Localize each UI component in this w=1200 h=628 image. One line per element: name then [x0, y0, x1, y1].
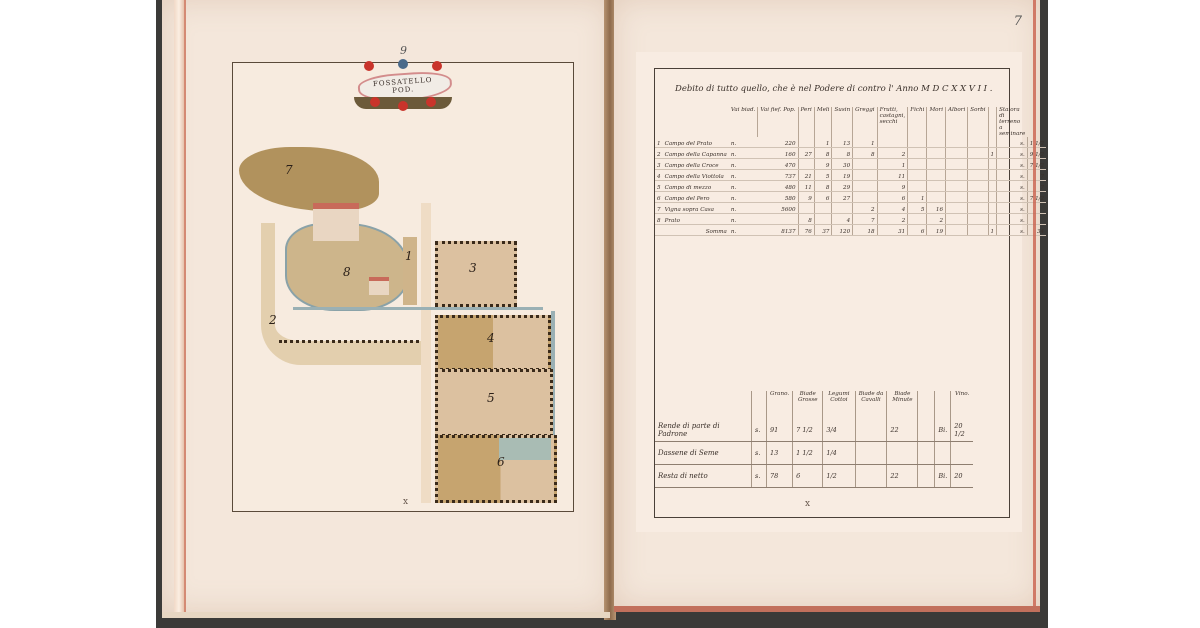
summary-blank: [918, 419, 935, 442]
ledger-cell: 9: [814, 159, 832, 170]
ledger-cell: s.: [997, 170, 1028, 181]
ledger-cell: s.: [997, 148, 1028, 159]
summary-minute: 22: [887, 419, 918, 442]
ledger-cell: 1: [877, 159, 908, 170]
ledger-cell: s.: [997, 137, 1028, 148]
ledger-cell: [832, 203, 853, 214]
field-name: Campo del Pero: [663, 192, 729, 203]
ledger-cell: 8: [814, 148, 832, 159]
ledger-cell: 8: [832, 148, 853, 159]
field-label: 1: [405, 249, 413, 263]
map-title-cartouche: FOSSATELLO POD.: [348, 59, 458, 129]
ledger-cell: 5: [908, 203, 927, 214]
ledger-cell: [1027, 214, 1046, 225]
ledger-cell: 27: [798, 148, 814, 159]
ledger-cell: [853, 192, 877, 203]
summary-row: Resta di nettos.7861/222Bi.20: [655, 465, 973, 488]
summary-grano: 91: [767, 419, 793, 442]
ledger-cell: 120: [832, 225, 853, 236]
field-label: 6: [497, 455, 505, 469]
summary-label: Resta di netto: [655, 465, 752, 488]
field-label: 7: [285, 163, 293, 177]
ledger-cell: [988, 203, 997, 214]
ledger-cell: 1: [814, 137, 832, 148]
col-header: Vai fief. Pop.: [758, 107, 798, 137]
ledger-frame: Debito di tutto quello, che è nel Podere…: [654, 68, 1010, 518]
unit: n.: [729, 225, 758, 236]
summary-row: Rende di parte di Padrones.917 1/23/422B…: [655, 419, 973, 442]
ledger-cell: 160: [758, 148, 798, 159]
ledger-cell: 1 1/2: [1027, 137, 1046, 148]
col-header: Frutti, castagni, secchi: [877, 107, 908, 137]
summary-header: Vino.: [951, 391, 973, 419]
unit: n.: [729, 214, 758, 225]
field-label: 4: [487, 331, 495, 345]
ledger-cell: 5: [814, 170, 832, 181]
summary-header: Biade Grosse: [793, 391, 823, 419]
ledger-row: 7Vigna sopra Casan.560024516s.: [655, 203, 1046, 214]
ledger-cell: 19: [832, 170, 853, 181]
ledger-cell: [968, 214, 988, 225]
ledger-cell: [988, 170, 997, 181]
ledger-cell: [946, 137, 968, 148]
ledger-cell: [908, 181, 927, 192]
ledger-cell: [946, 159, 968, 170]
ledger-cell: [798, 203, 814, 214]
ledger-cell: 6: [908, 225, 927, 236]
summary-grosse: 7 1/2: [793, 419, 823, 442]
ledger-cell: 1: [853, 137, 877, 148]
row-index: 6: [655, 192, 663, 203]
ledger-cell: [946, 225, 968, 236]
ledger-cell: [927, 137, 946, 148]
ledger-cell: 19: [927, 225, 946, 236]
summary-header: Biade Minute: [887, 391, 918, 419]
summary-grosse: 6: [793, 465, 823, 488]
unit: n.: [729, 170, 758, 181]
ledger-cell: 7 1/2: [1027, 192, 1046, 203]
ledger-cell: 480: [758, 181, 798, 192]
col-header: Sorbi: [968, 107, 988, 137]
right-page-edge: [614, 606, 1040, 612]
stream-horizontal: [293, 307, 543, 310]
row-index: 8: [655, 214, 663, 225]
ledger-cell: 21: [798, 170, 814, 181]
unit: n.: [729, 137, 758, 148]
unit: n.: [729, 192, 758, 203]
col-header: Staiora di terreno a seminare: [997, 107, 1028, 137]
row-index: 1: [655, 137, 663, 148]
ledger-cell: 13: [832, 137, 853, 148]
ledger-cell: 220: [758, 137, 798, 148]
ledger-cell: s.: [997, 159, 1028, 170]
ledger-cell: 2: [927, 214, 946, 225]
summary-label: Rende di parte di Padrone: [655, 419, 752, 442]
ledger-cell: [968, 203, 988, 214]
field-label: 2: [269, 313, 277, 327]
ledger-cell: [988, 181, 997, 192]
summary-vino_unit: [935, 442, 951, 465]
ledger-row: 3Campo della Crocen.4709301s.7 1/2: [655, 159, 1046, 170]
ledger-cell: 580: [758, 192, 798, 203]
ledger-cell: [814, 214, 832, 225]
ledger-cell: 7: [1027, 181, 1046, 192]
ledger-cell: [908, 148, 927, 159]
ledger-cell: [968, 170, 988, 181]
summary-vino: 20: [951, 465, 973, 488]
ledger-cell: 11: [877, 170, 908, 181]
hedge-row: [279, 337, 419, 343]
ledger-cell: 1: [908, 192, 927, 203]
ledger-cell: [798, 137, 814, 148]
ledger-cell: 1: [988, 225, 997, 236]
ledger-cell: [968, 181, 988, 192]
unit: n.: [729, 181, 758, 192]
ledger-cell: 2: [877, 214, 908, 225]
hill-vineyard: [239, 147, 379, 211]
ledger-cell: [988, 159, 997, 170]
summary-blank: [918, 442, 935, 465]
ledger-cell: [908, 214, 927, 225]
col-header: Peri: [798, 107, 814, 137]
row-index: 7: [655, 203, 663, 214]
ledger-cell: 37: [814, 225, 832, 236]
ledger-cell: 9 1/2: [1027, 148, 1046, 159]
ledger-cell: s.: [997, 225, 1028, 236]
ledger-cell: 27: [832, 192, 853, 203]
ledger-cell: [908, 159, 927, 170]
ledger-cell: 6: [814, 192, 832, 203]
summary-legumi: 1/2: [823, 465, 855, 488]
ledger-row: 6Campo del Peron.580962761s.7 1/2: [655, 192, 1046, 203]
ornament-ball: [364, 61, 374, 71]
ledger-cell: [968, 225, 988, 236]
ledger-cell: s.: [997, 192, 1028, 203]
summary-minute: [887, 442, 918, 465]
ledger-cell: 737: [758, 170, 798, 181]
ledger-cell: 470: [758, 159, 798, 170]
col-header: [988, 107, 997, 137]
ledger-cell: [927, 170, 946, 181]
ledger-cell: 29: [832, 181, 853, 192]
field-name: Campo di mezzo: [663, 181, 729, 192]
field-label: 5: [487, 391, 495, 405]
right-folio-number: 7: [1014, 14, 1022, 29]
ledger-cell: 2: [877, 148, 908, 159]
field-name: Campo della Viottola: [663, 170, 729, 181]
ledger-row: 5Campo di mezzon.480118299s.7: [655, 181, 1046, 192]
ledger-cell: 7 1/2: [1027, 159, 1046, 170]
ledger-cell: [798, 159, 814, 170]
ornament-ball: [398, 101, 408, 111]
field-name: Campo della Capanna: [663, 148, 729, 159]
ledger-cell: 31: [877, 225, 908, 236]
ornament-ball: [398, 59, 408, 69]
summary-minute: 22: [887, 465, 918, 488]
estate-map: FOSSATELLO POD. 7 8 2 1: [232, 62, 574, 512]
pencil-mark: x: [805, 499, 810, 509]
ledger-cell: [814, 203, 832, 214]
ledger-cell: 4: [832, 214, 853, 225]
summary-grano: 13: [767, 442, 793, 465]
summary-grano: 78: [767, 465, 793, 488]
ledger-cell: [988, 137, 997, 148]
field-name: Prato: [663, 214, 729, 225]
ledger-total-row: Somman.8137763712018316191s.34: [655, 225, 1046, 236]
ornament-ball: [370, 97, 380, 107]
ledger-cell: 9: [877, 181, 908, 192]
ledger-cell: 5600: [758, 203, 798, 214]
ledger-cell: 7: [1027, 170, 1046, 181]
road-vertical: [421, 203, 431, 503]
ledger-cell: [908, 137, 927, 148]
ledger-cell: s.: [997, 214, 1028, 225]
summary-header: Legumi Cottoi: [823, 391, 855, 419]
ledger-cell: [927, 192, 946, 203]
ledger-cell: [946, 203, 968, 214]
ledger-cell: 16: [927, 203, 946, 214]
ledger-cell: [988, 192, 997, 203]
summary-label: Dassene di Seme: [655, 442, 752, 465]
col-header: Greggi: [853, 107, 877, 137]
open-book: 9 FOSSATELLO POD. 7 8 2: [156, 0, 1048, 628]
ledger-cell: [877, 137, 908, 148]
field-label: 3: [469, 261, 477, 275]
ledger-cell: [946, 170, 968, 181]
col-header: Susin: [832, 107, 853, 137]
summary-unit: s.: [752, 419, 767, 442]
summary-cavalli: [855, 419, 887, 442]
left-page-edge: [162, 612, 610, 618]
ledger-cell: [927, 181, 946, 192]
ornament-ball: [426, 97, 436, 107]
ledger-cell: 8: [814, 181, 832, 192]
ledger-cell: [853, 181, 877, 192]
summary-vino: 20 1/2: [951, 419, 973, 442]
left-folio-number: 9: [400, 44, 407, 57]
ledger-cell: 11: [798, 181, 814, 192]
summary-vino_unit: Bi.: [935, 465, 951, 488]
row-index: 2: [655, 148, 663, 159]
ledger-title: Debito di tutto quello, che è nel Podere…: [675, 84, 992, 94]
right-page: 7 Debito di tutto quello, che è nel Pode…: [614, 0, 1040, 606]
left-page: 9 FOSSATELLO POD. 7 8 2: [162, 0, 611, 612]
ledger-cell: [946, 214, 968, 225]
ledger-cell: s.: [997, 203, 1028, 214]
ledger-cell: [758, 214, 798, 225]
field-name: Campo della Croce: [663, 159, 729, 170]
row-index: 3: [655, 159, 663, 170]
ledger-cell: 8137: [758, 225, 798, 236]
ledger-cell: [927, 148, 946, 159]
ledger-cell: 34: [1027, 225, 1046, 236]
col-header: Mori: [927, 107, 946, 137]
ledger-cell: [968, 192, 988, 203]
summary-legumi: 3/4: [823, 419, 855, 442]
ledger-cell: [946, 181, 968, 192]
ledger-cell: 18: [853, 225, 877, 236]
ledger-row: 2Campo della Capannan.1602788821s.9 1/2: [655, 148, 1046, 159]
ledger-cell: [968, 137, 988, 148]
field-name: Somma: [663, 225, 729, 236]
unit: n.: [729, 203, 758, 214]
ledger-cell: 7: [853, 214, 877, 225]
ledger-cell: 8: [798, 214, 814, 225]
summary-vino: [951, 442, 973, 465]
ledger-row: 4Campo della Viottolan.7372151911s.7: [655, 170, 1046, 181]
ledger-cell: [946, 148, 968, 159]
ledger-cell: [988, 214, 997, 225]
ledger-row: 8Praton.84722s.: [655, 214, 1046, 225]
harvest-summary-table: Grano. Biade Grosse Legumi Cottoi Biade …: [655, 391, 973, 488]
summary-grosse: 1 1/2: [793, 442, 823, 465]
summary-legumi: 1/4: [823, 442, 855, 465]
unit: n.: [729, 159, 758, 170]
col-header: Fichi: [908, 107, 927, 137]
ornament-ball: [432, 61, 442, 71]
ledger-row: 1Campo del Praton.2201131s.1 1/2: [655, 137, 1046, 148]
summary-cavalli: [855, 465, 887, 488]
field-name: Campo del Prato: [663, 137, 729, 148]
ledger-cell: 8: [853, 148, 877, 159]
row-index: 4: [655, 170, 663, 181]
ledger-cell: 76: [798, 225, 814, 236]
summary-vino_unit: Bi.: [935, 419, 951, 442]
field-1-strip: [403, 237, 417, 305]
ledger-cell: [946, 192, 968, 203]
summary-unit: s.: [752, 465, 767, 488]
col-header: Meli: [814, 107, 832, 137]
ledger-cell: [927, 159, 946, 170]
ledger-cell: s.: [997, 181, 1028, 192]
summary-cavalli: [855, 442, 887, 465]
row-index: 5: [655, 181, 663, 192]
ledger-cell: 2: [853, 203, 877, 214]
summary-header: Grano.: [767, 391, 793, 419]
ledger-cell: [853, 170, 877, 181]
field-6-pasture: [499, 438, 551, 460]
ledger-cell: 4: [877, 203, 908, 214]
row-index: [655, 225, 663, 236]
ledger-cell: 1: [988, 148, 997, 159]
field-2-band: [261, 223, 425, 365]
summary-blank: [918, 465, 935, 488]
ledger-cell: [968, 148, 988, 159]
col-header: Vai biad.: [729, 107, 758, 137]
ledger-cell: [968, 159, 988, 170]
pencil-mark: x: [403, 497, 408, 507]
ledger-cell: 6: [877, 192, 908, 203]
unit: n.: [729, 148, 758, 159]
field-name: Vigna sopra Casa: [663, 203, 729, 214]
summary-row: Dassene di Semes.131 1/21/4: [655, 442, 973, 465]
summary-unit: s.: [752, 442, 767, 465]
ledger-cell: [908, 170, 927, 181]
ledger-cell: 9: [798, 192, 814, 203]
summary-header: Biade da Cavalli: [855, 391, 887, 419]
ledger-cell: 30: [832, 159, 853, 170]
ledger-cell: [1027, 203, 1046, 214]
tree-ledger-table: Vai biad. Vai fief. Pop. Peri Meli Susin…: [655, 107, 1046, 236]
col-header: Albori: [946, 107, 968, 137]
ledger-cell: [853, 159, 877, 170]
